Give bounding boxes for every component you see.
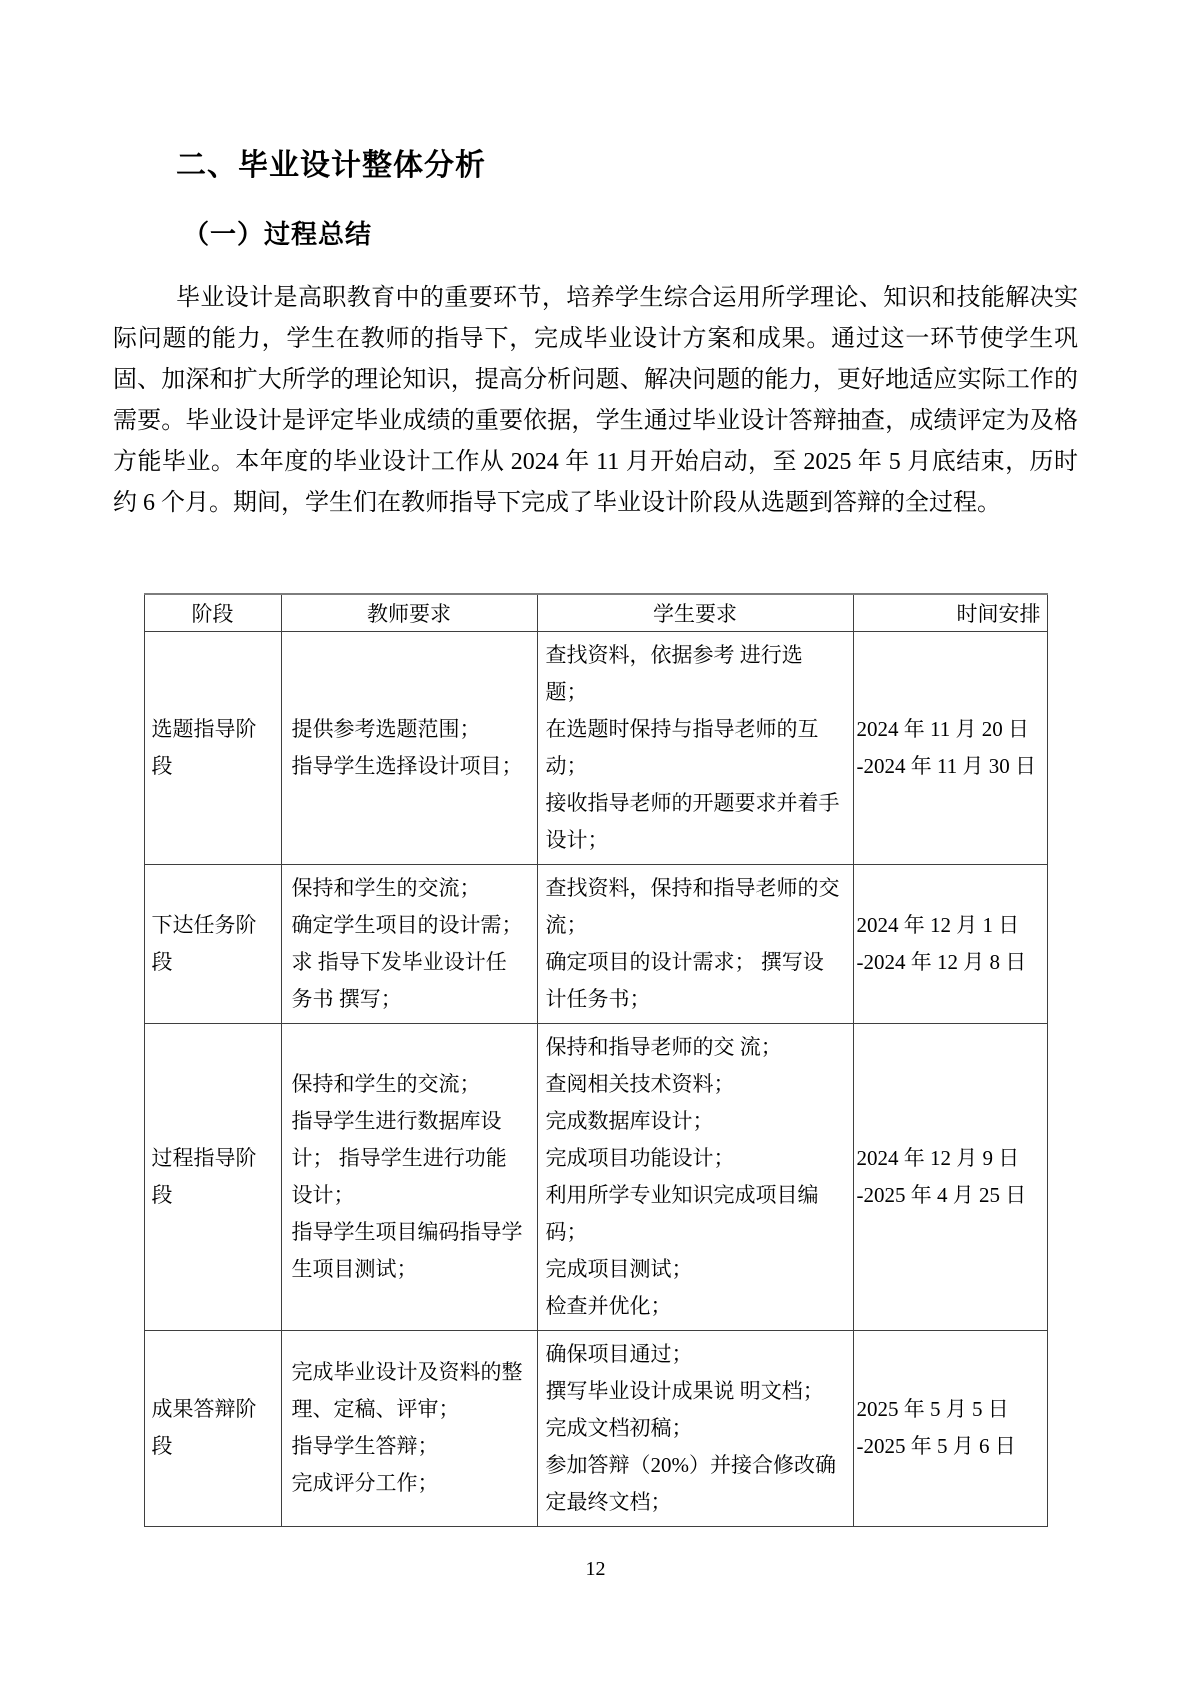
student-requirements-cell: 保持和指导老师的交 流；查阅相关技术资料；完成数据库设计；完成项目功能设计；利用… <box>537 1023 853 1330</box>
teacher-requirements-cell: 保持和学生的交流；确定学生项目的设计需；求 指导下发毕业设计任务书 撰写； <box>281 864 537 1023</box>
cell-line: 过程指导阶段 <box>152 1140 277 1214</box>
table-row: 下达任务阶段保持和学生的交流；确定学生项目的设计需；求 指导下发毕业设计任务书 … <box>144 864 1047 1023</box>
cell-line: 在选题时保持与指导老师的互动； <box>546 711 845 785</box>
cell-line: 完成项目测试； <box>546 1251 845 1288</box>
cell-line: 查找资料，保持和指导老师的交流； <box>546 870 845 944</box>
cell-line: 查找资料，依据参考 进行选题； <box>546 637 845 711</box>
cell-line: 确定项目的设计需求； 撰写设计任务书； <box>546 944 845 1018</box>
student-requirements-cell: 确保项目通过；撰写毕业设计成果说 明文档；完成文档初稿；参加答辩（20%）并接合… <box>537 1330 853 1526</box>
cell-line: 指导学生项目编码指导学生项目测试； <box>292 1214 527 1288</box>
cell-line: -2025 年 4 月 25 日 <box>857 1177 1045 1214</box>
cell-line: 完成数据库设计； <box>546 1103 845 1140</box>
page-number: 12 <box>0 1558 1191 1581</box>
cell-line: 指导学生答辩； <box>292 1428 527 1465</box>
cell-line: 指导学生进行数据库设计； 指导学生进行功能设计； <box>292 1103 527 1214</box>
cell-line: 完成项目功能设计； <box>546 1140 845 1177</box>
subsection-title: （一）过程总结 <box>183 214 1078 251</box>
cell-line: 确保项目通过； <box>546 1336 845 1373</box>
stage-cell: 选题指导阶段 <box>144 631 281 864</box>
cell-line: 2024 年 12 月 9 日 <box>857 1140 1045 1177</box>
col-header-teacher: 教师要求 <box>281 594 537 631</box>
cell-line: 指导学生选择设计项目； <box>292 748 527 785</box>
col-header-stage: 阶段 <box>144 594 281 631</box>
table-row: 成果答辩阶段完成毕业设计及资料的整 理、定稿、评审；指导学生答辩；完成评分工作；… <box>144 1330 1047 1526</box>
phases-table: 阶段 教师要求 学生要求 时间安排 选题指导阶段提供参考选题范围；指导学生选择设… <box>144 593 1048 1527</box>
cell-line: 利用所学专业知识完成项目编码； <box>546 1177 845 1251</box>
time-schedule-cell: 2024 年 12 月 9 日-2025 年 4 月 25 日 <box>853 1023 1047 1330</box>
cell-line: 成果答辩阶段 <box>152 1391 277 1465</box>
time-schedule-cell: 2025 年 5 月 5 日-2025 年 5 月 6 日 <box>853 1330 1047 1526</box>
teacher-requirements-cell: 完成毕业设计及资料的整 理、定稿、评审；指导学生答辩；完成评分工作； <box>281 1330 537 1526</box>
cell-line: 2024 年 12 月 1 日 <box>857 907 1045 944</box>
cell-line: 完成评分工作； <box>292 1465 527 1502</box>
time-schedule-cell: 2024 年 12 月 1 日-2024 年 12 月 8 日 <box>853 864 1047 1023</box>
stage-cell: 成果答辩阶段 <box>144 1330 281 1526</box>
cell-line: 撰写毕业设计成果说 明文档； <box>546 1373 845 1410</box>
cell-line: 选题指导阶段 <box>152 711 277 785</box>
time-schedule-cell: 2024 年 11 月 20 日-2024 年 11 月 30 日 <box>853 631 1047 864</box>
cell-line: 下达任务阶段 <box>152 907 277 981</box>
table-header-row: 阶段 教师要求 学生要求 时间安排 <box>144 594 1047 631</box>
table-row: 选题指导阶段提供参考选题范围；指导学生选择设计项目；查找资料，依据参考 进行选题… <box>144 631 1047 864</box>
stage-cell: 下达任务阶段 <box>144 864 281 1023</box>
cell-line: 完成文档初稿； <box>546 1410 845 1447</box>
cell-line: -2025 年 5 月 6 日 <box>857 1428 1045 1465</box>
col-header-student: 学生要求 <box>537 594 853 631</box>
cell-line: 提供参考选题范围； <box>292 711 527 748</box>
cell-line: 保持和学生的交流； <box>292 870 527 907</box>
stage-cell: 过程指导阶段 <box>144 1023 281 1330</box>
cell-line: 接收指导老师的开题要求并着手设计； <box>546 785 845 859</box>
teacher-requirements-cell: 提供参考选题范围；指导学生选择设计项目； <box>281 631 537 864</box>
student-requirements-cell: 查找资料，保持和指导老师的交流；确定项目的设计需求； 撰写设计任务书； <box>537 864 853 1023</box>
table-row: 过程指导阶段保持和学生的交流；指导学生进行数据库设计； 指导学生进行功能设计；指… <box>144 1023 1047 1330</box>
teacher-requirements-cell: 保持和学生的交流；指导学生进行数据库设计； 指导学生进行功能设计；指导学生项目编… <box>281 1023 537 1330</box>
cell-line: 查阅相关技术资料； <box>546 1066 845 1103</box>
cell-line: -2024 年 12 月 8 日 <box>857 944 1045 981</box>
cell-line: 检查并优化； <box>546 1288 845 1325</box>
cell-line: 确定学生项目的设计需；求 指导下发毕业设计任务书 撰写； <box>292 907 527 1018</box>
cell-line: 保持和指导老师的交 流； <box>546 1029 845 1066</box>
intro-paragraph: 毕业设计是高职教育中的重要环节，培养学生综合运用所学理论、知识和技能解决实际问题… <box>113 278 1078 524</box>
student-requirements-cell: 查找资料，依据参考 进行选题；在选题时保持与指导老师的互动；接收指导老师的开题要… <box>537 631 853 864</box>
cell-line: -2024 年 11 月 30 日 <box>857 748 1045 785</box>
cell-line: 完成毕业设计及资料的整 理、定稿、评审； <box>292 1354 527 1428</box>
cell-line: 保持和学生的交流； <box>292 1066 527 1103</box>
cell-line: 2024 年 11 月 20 日 <box>857 711 1045 748</box>
document-page: 二、毕业设计整体分析 （一）过程总结 毕业设计是高职教育中的重要环节，培养学生综… <box>0 0 1191 1684</box>
cell-line: 参加答辩（20%）并接合修改确定最终文档； <box>546 1447 845 1521</box>
section-title: 二、毕业设计整体分析 <box>176 140 1078 184</box>
cell-line: 2025 年 5 月 5 日 <box>857 1391 1045 1428</box>
col-header-time: 时间安排 <box>853 594 1047 631</box>
